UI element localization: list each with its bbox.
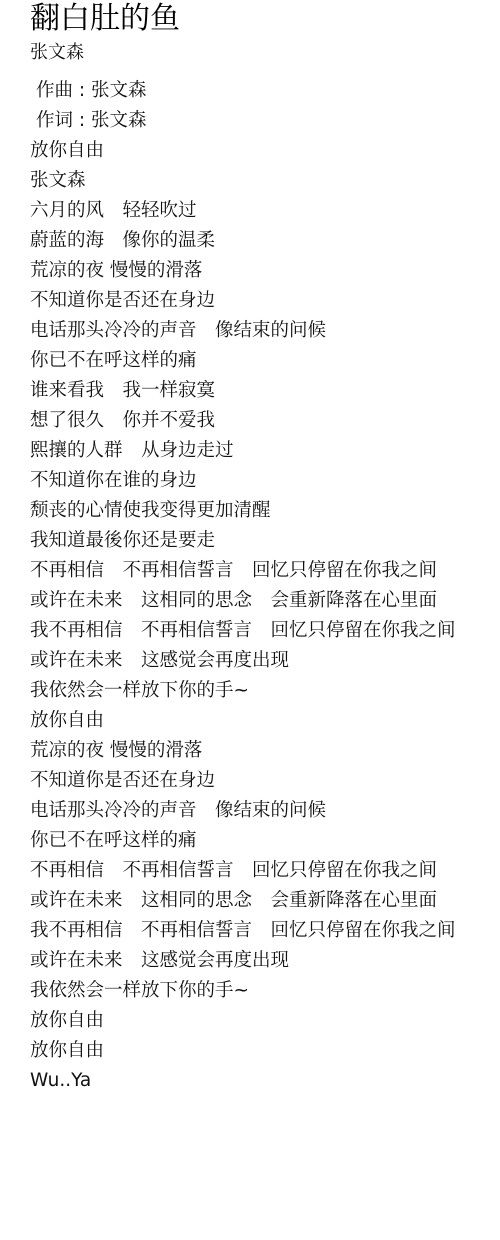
lyric-line: 不知道你在谁的身边 <box>30 466 500 496</box>
lyric-line: 荒凉的夜 慢慢的滑落 <box>30 256 500 286</box>
lyric-line: 或许在未来 这相同的思念 会重新降落在心里面 <box>30 586 500 616</box>
lyric-line: 我不再相信 不再相信誓言 回忆只停留在你我之间 <box>30 916 500 946</box>
lyric-line: 电话那头冷冷的声音 像结束的问候 <box>30 316 500 346</box>
lyric-line: 你已不在呼这样的痛 <box>30 826 500 856</box>
credit-lyricist: 作词 : 张文森 <box>30 106 500 136</box>
lyric-line: 放你自由 <box>30 1006 500 1036</box>
lyric-line: 放你自由 <box>30 136 500 166</box>
lyric-line: 或许在未来 这相同的思念 会重新降落在心里面 <box>30 886 500 916</box>
lyric-line: 蔚蓝的海 像你的温柔 <box>30 226 500 256</box>
lyric-line: 颓丧的心情使我变得更加清醒 <box>30 496 500 526</box>
lyric-line: 电话那头冷冷的声音 像结束的问候 <box>30 796 500 826</box>
lyrics-page: 翻白肚的鱼 张文森 作曲 : 张文森 作词 : 张文森 放你自由 张文森 六月的… <box>0 0 500 1096</box>
lyric-line: 不再相信 不再相信誓言 回忆只停留在你我之间 <box>30 556 500 586</box>
lyric-line: 荒凉的夜 慢慢的滑落 <box>30 736 500 766</box>
lyric-line: 熙攘的人群 从身边走过 <box>30 436 500 466</box>
lyric-line: 不知道你是否还在身边 <box>30 766 500 796</box>
lyric-line: 谁来看我 我一样寂寞 <box>30 376 500 406</box>
lyric-line: 张文森 <box>30 166 500 196</box>
credit-composer: 作曲 : 张文森 <box>30 76 500 106</box>
lyric-line: 我不再相信 不再相信誓言 回忆只停留在你我之间 <box>30 616 500 646</box>
lyric-line: 想了很久 你并不爱我 <box>30 406 500 436</box>
lyric-line: 六月的风 轻轻吹过 <box>30 196 500 226</box>
lyric-line: 放你自由 <box>30 706 500 736</box>
artist-name: 张文森 <box>30 38 500 68</box>
lyrics-body: 作曲 : 张文森 作词 : 张文森 放你自由 张文森 六月的风 轻轻吹过 蔚蓝的… <box>30 76 500 1096</box>
lyric-line: 我知道最後你还是要走 <box>30 526 500 556</box>
song-title: 翻白肚的鱼 <box>30 0 500 38</box>
lyric-line: 你已不在呼这样的痛 <box>30 346 500 376</box>
lyric-line: 不知道你是否还在身边 <box>30 286 500 316</box>
lyric-line: 或许在未来 这感觉会再度出现 <box>30 946 500 976</box>
lyric-line: 我依然会一样放下你的手~ <box>30 976 500 1006</box>
lyric-line: 放你自由 <box>30 1036 500 1066</box>
lyric-line: 我依然会一样放下你的手~ <box>30 676 500 706</box>
lyric-line: 或许在未来 这感觉会再度出现 <box>30 646 500 676</box>
lyric-line: Wu..Ya <box>30 1066 500 1096</box>
lyric-line: 不再相信 不再相信誓言 回忆只停留在你我之间 <box>30 856 500 886</box>
